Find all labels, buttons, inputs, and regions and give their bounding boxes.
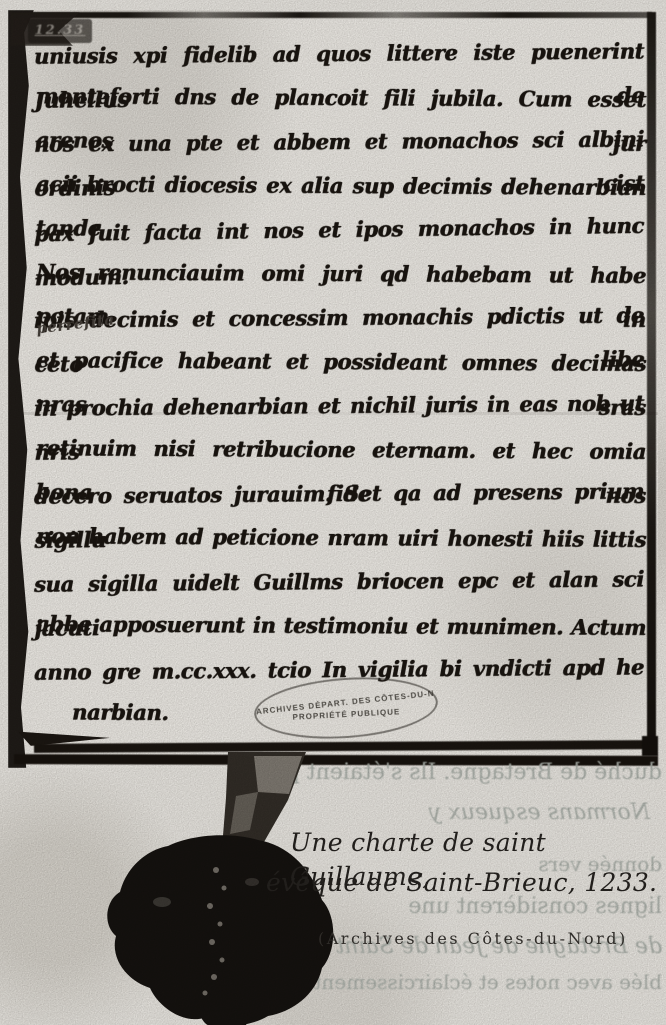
seal-tag-highlight bbox=[254, 756, 302, 794]
wax-seal bbox=[0, 0, 666, 1025]
seal-surface-highlight bbox=[245, 878, 259, 886]
seal-surface-highlight bbox=[153, 897, 171, 907]
scanned-page: religieuses possessions anciennes 12.33 … bbox=[0, 0, 666, 1025]
seal-blob bbox=[107, 835, 333, 1025]
